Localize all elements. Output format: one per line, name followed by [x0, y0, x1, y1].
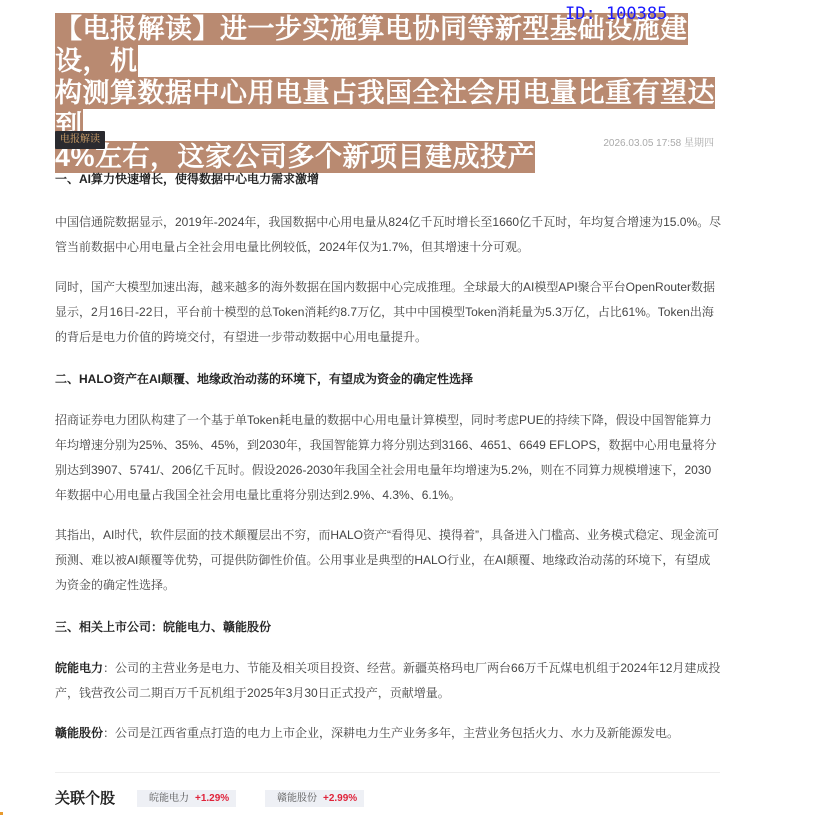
section-heading-2: 二、HALO资产在AI颠覆、地缘政治动荡的环境下，有望成为资金的确定性选择	[55, 370, 722, 388]
article-title: 【电报解读】进一步实施算电协同等新型基础设施建设，机构测算数据中心用电量占我国全…	[55, 13, 735, 173]
section-heading-1: 一、AI算力快速增长，使得数据中心电力需求激增	[55, 170, 722, 188]
related-stocks-title: 关联个股	[55, 789, 115, 809]
corner-mark	[0, 812, 3, 815]
paragraph: 同时，国产大模型加速出海，越来越多的海外数据在国内数据中心完成推理。全球最大的A…	[55, 275, 722, 350]
company-paragraph: 皖能电力：公司的主营业务是电力、节能及相关项目投资、经营。新疆英格玛电厂两台66…	[55, 656, 722, 706]
article-meta: 电报解读 2026.03.05 17:58 星期四	[55, 131, 720, 149]
stock-name: 皖能电力	[149, 793, 189, 804]
stock-change: +1.29%	[195, 793, 229, 804]
paragraph: 其指出，AI时代，软件层面的技术颠覆层出不穷，而HALO资产“看得见、摸得着”，…	[55, 523, 722, 598]
divider	[55, 772, 720, 773]
company-name[interactable]: 皖能电力	[55, 661, 103, 675]
company-desc: 公司的主营业务是电力、节能及相关项目投资、经营。新疆英格玛电厂两台66万千瓦煤电…	[55, 661, 720, 700]
stock-name: 赣能股份	[277, 793, 317, 804]
company-name[interactable]: 赣能股份	[55, 726, 103, 740]
separator: ：	[103, 661, 115, 675]
article-body: 一、AI算力快速增长，使得数据中心电力需求激增 中国信通院数据显示，2019年-…	[55, 170, 722, 746]
category-tag[interactable]: 电报解读	[55, 131, 105, 149]
paragraph: 招商证券电力团队构建了一个基于单Token耗电量的数据中心用电量计算模型，同时考…	[55, 408, 722, 508]
stock-chip[interactable]: 赣能股份+2.99%	[265, 790, 364, 807]
company-paragraph: 赣能股份：公司是江西省重点打造的电力上市企业，深耕电力生产业务多年，主营业务包括…	[55, 721, 722, 746]
stock-chip[interactable]: 皖能电力+1.29%	[137, 790, 236, 807]
separator: ：	[103, 726, 115, 740]
stock-change: +2.99%	[323, 793, 357, 804]
section-heading-3: 三、相关上市公司：皖能电力、赣能股份	[55, 618, 722, 636]
publish-datetime: 2026.03.05 17:58 星期四	[603, 134, 714, 149]
id-label: ID: 100385	[565, 4, 667, 24]
company-desc: 公司是江西省重点打造的电力上市企业，深耕电力生产业务多年，主营业务包括火力、水力…	[115, 726, 679, 740]
paragraph: 中国信通院数据显示，2019年-2024年，我国数据中心用电量从824亿千瓦时增…	[55, 210, 722, 260]
